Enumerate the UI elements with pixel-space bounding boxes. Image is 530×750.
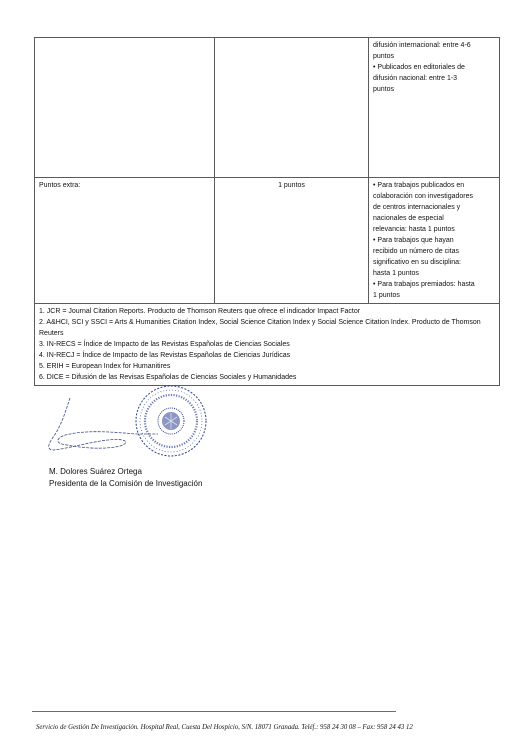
row1-col3: difusión internacional: entre 4-6 puntos… (369, 38, 500, 178)
table-row: Puntos extra: 1 puntos • Para trabajos p… (35, 178, 500, 304)
row1-col1 (35, 38, 215, 178)
criteria-table: difusión internacional: entre 4-6 puntos… (34, 37, 500, 386)
signer-name: M. Dolores Suárez Ortega (49, 466, 202, 478)
footer-divider (32, 711, 396, 712)
footer-address: Servicio de Gestión De Investigación. Ho… (36, 724, 516, 731)
table-notes-row: 1. JCR = Journal Citation Reports. Produ… (35, 304, 500, 386)
extra-points-label: Puntos extra: (35, 178, 215, 304)
abbreviation-notes: 1. JCR = Journal Citation Reports. Produ… (35, 304, 500, 386)
table-row: difusión internacional: entre 4-6 puntos… (35, 38, 500, 178)
extra-points-criteria: • Para trabajos publicados en colaboraci… (369, 178, 500, 304)
row1-col2 (215, 38, 369, 178)
extra-points-value: 1 puntos (215, 178, 369, 304)
official-seal (134, 384, 208, 458)
signer-title: Presidenta de la Comisión de Investigaci… (49, 478, 202, 490)
document-page: difusión internacional: entre 4-6 puntos… (0, 0, 530, 750)
signer-block: M. Dolores Suárez Ortega Presidenta de l… (49, 466, 202, 490)
